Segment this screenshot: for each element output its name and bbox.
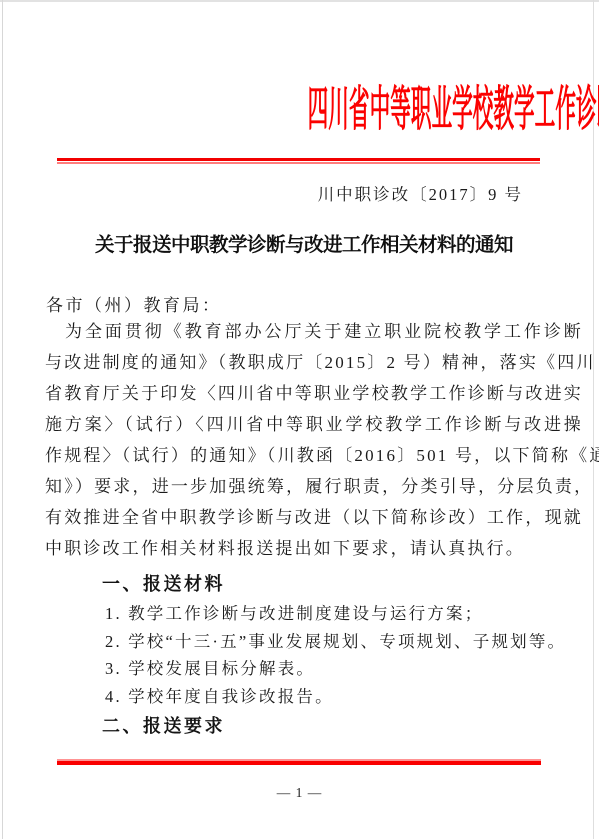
footer-rule-thick <box>57 761 541 765</box>
section-heading-requirements: 二、报送要求 <box>102 712 225 738</box>
paragraph-line-6: 知》）要求，进一步加强统筹，履行职责，分类引导，分层负责， <box>45 471 583 502</box>
notice-title: 关于报送中职教学诊断与改进工作相关材料的通知 <box>4 229 599 257</box>
body-paragraph: 为全面贯彻《教育部办公厅关于建立职业院校教学工作诊断 与改进制度的通知》（教职成… <box>45 316 583 564</box>
salutation: 各市（州）教育局： <box>46 291 222 316</box>
page-number: — 1 — <box>0 785 599 801</box>
paragraph-line-4: 施方案〉（试行）〈四川省中等职业学校教学工作诊断与改进操 <box>45 409 583 440</box>
paragraph-line-8: 中职诊改工作相关材料报送提出如下要求，请认真执行。 <box>45 533 583 564</box>
list-item-3: 3. 学校发展目标分解表。 <box>105 655 566 683</box>
letterhead-double-rule <box>57 158 540 164</box>
list-item-2: 2. 学校“十三·五”事业发展规划、专项规划、子规划等。 <box>105 628 566 656</box>
list-item-4: 4. 学校年度自我诊改报告。 <box>105 683 566 711</box>
letterhead-rule-thin <box>57 162 540 164</box>
paragraph-line-2: 与改进制度的通知》（教职成厅〔2015〕2 号）精神，落实《四川 <box>45 347 583 378</box>
scan-edge-top <box>0 0 599 2</box>
materials-list: 1. 教学工作诊断与改进制度建设与运行方案； 2. 学校“十三·五”事业发展规划… <box>105 600 566 710</box>
letterhead-org-title-text: 四川省中等职业学校教学工作诊断与改进专家委员会 <box>308 86 599 134</box>
paragraph-line-3: 省教育厅关于印发〈四川省中等职业学校教学工作诊断与改进实 <box>45 378 583 409</box>
list-item-1: 1. 教学工作诊断与改进制度建设与运行方案； <box>105 600 566 628</box>
paragraph-line-5: 作规程〉（试行）的通知》（川教函〔2016〕501 号，以下简称《通 <box>45 440 583 471</box>
document-page: 四川省中等职业学校教学工作诊断与改进专家委员会 川中职诊改〔2017〕9 号 关… <box>0 0 599 839</box>
section-heading-materials: 一、报送材料 <box>102 570 225 596</box>
letterhead-org-title: 四川省中等职业学校教学工作诊断与改进专家委员会 <box>0 86 599 134</box>
footer-double-rule <box>57 759 541 765</box>
paragraph-line-1: 为全面贯彻《教育部办公厅关于建立职业院校教学工作诊断 <box>45 316 583 347</box>
document-number: 川中职诊改〔2017〕9 号 <box>45 181 523 205</box>
paragraph-line-7: 有效推进全省中职教学诊断与改进（以下简称诊改）工作，现就 <box>45 502 583 533</box>
letterhead-rule-thick <box>57 158 540 161</box>
